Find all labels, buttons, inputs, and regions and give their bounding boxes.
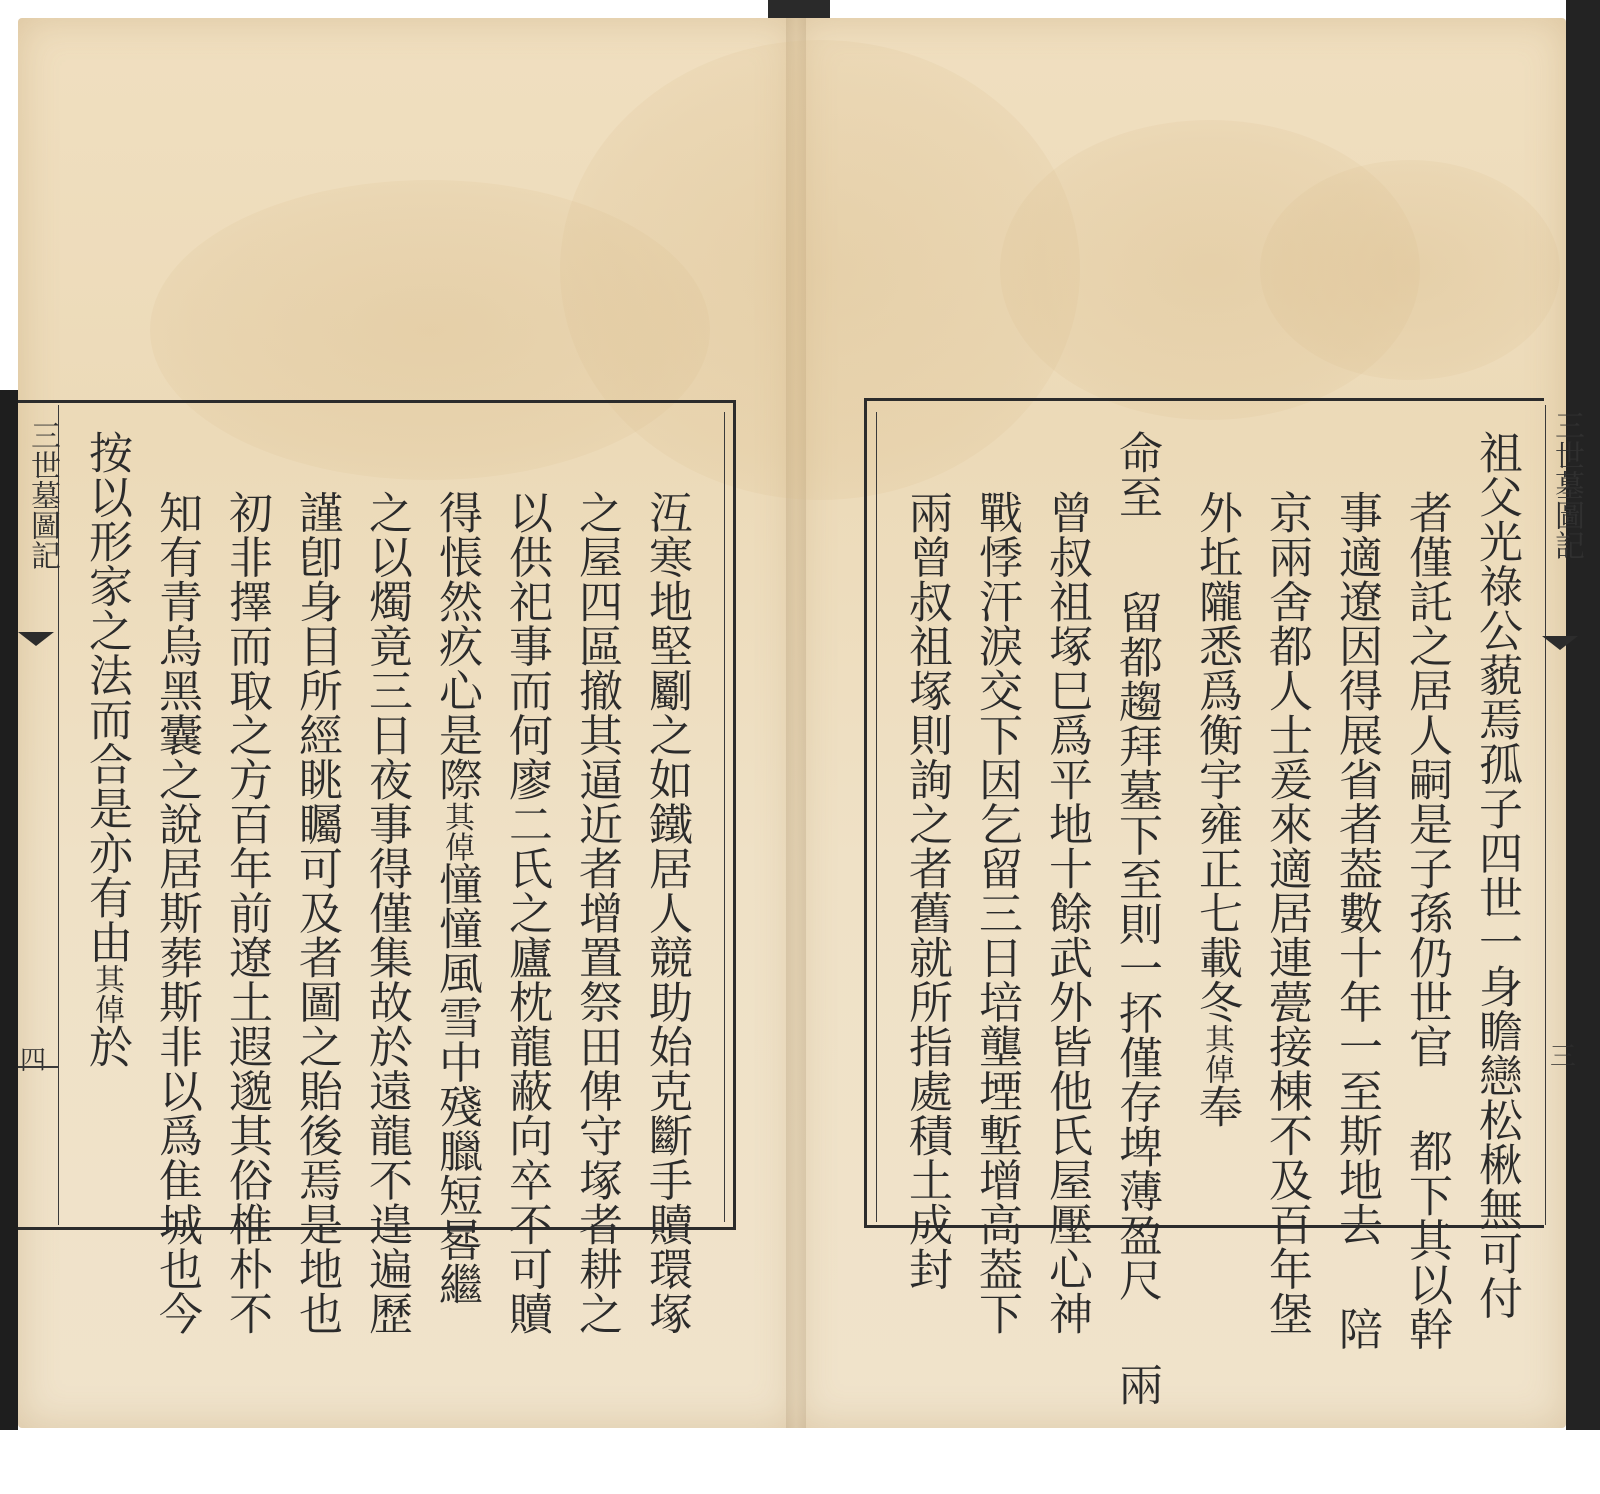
text-column: 事適遼因得展省者葢數十年一至斯地去陪 bbox=[1326, 490, 1386, 1351]
book-spread: 三世墓圖記 四 三世墓圖記 三 祖父光祿公藐焉孤子四世一身瞻戀松楸無可付 者僅託… bbox=[0, 0, 1600, 1460]
top-spine-shadow bbox=[768, 0, 830, 20]
text-column: 初非擇而取之方百年前遼土遐邈其俗椎朴不 bbox=[216, 490, 276, 1336]
text-column-raised: 命至 bbox=[1106, 430, 1166, 519]
right-title-heart: 三世墓圖記 bbox=[1544, 410, 1588, 560]
text-column: 祖父光祿公藐焉孤子四世一身瞻戀松楸無可付 bbox=[1466, 430, 1526, 1320]
column-text-tail: 奉 bbox=[1191, 1084, 1242, 1129]
left-title-heart: 三世墓圖記 bbox=[20, 420, 64, 570]
text-column: 之以燭竟三日夜事得僅集故於遠龍不遑遍歷 bbox=[356, 490, 416, 1336]
left-leaf-number: 四 bbox=[20, 1040, 46, 1077]
water-stain bbox=[1260, 160, 1560, 380]
text-column: 按以形家之法而合是亦有由其倬於 bbox=[76, 430, 136, 1069]
text-column: 兩曾叔祖塚則詢之者舊就所指處積土成封 bbox=[896, 490, 956, 1291]
column-text-tail: 憧憧風雪中殘臘短晷繼 bbox=[431, 862, 482, 1307]
text-column: 知有青烏黑囊之說居斯葬斯非以爲隹城也今 bbox=[146, 490, 206, 1336]
column-text: 謹卽身目所經眺矚可及者圖之貽後焉是地也 bbox=[291, 490, 342, 1336]
column-text: 之屋四區撤其逼近者增置祭田俾守塚者耕之 bbox=[571, 490, 622, 1336]
column-text: 之以燭竟三日夜事得僅集故於遠龍不遑遍歷 bbox=[361, 490, 412, 1336]
author-name-small: 其倬 bbox=[439, 802, 474, 862]
text-column: 留都趨拜墓下至則一抔僅存埤薄盈尺兩 bbox=[1106, 590, 1166, 1407]
right-frame-inner-rule bbox=[876, 412, 877, 1222]
text-column: 以供祀事而何廖二氏之廬枕龍蔽向卒不可贖 bbox=[496, 490, 556, 1336]
column-text: 者僅託之居人嗣是子孫仍世官 bbox=[1401, 490, 1452, 1069]
column-text: 沍寒地堅劚之如鐵居人競助始克斷手贖環塚 bbox=[641, 490, 692, 1336]
text-column: 謹卽身目所經眺矚可及者圖之貽後焉是地也 bbox=[286, 490, 346, 1336]
column-text: 曾叔祖塚巳爲平地十餘武外皆他氏屋壓心神 bbox=[1041, 490, 1092, 1336]
column-text: 戰悸汗淚交下因乞留三日培壟堙塹增高葢下 bbox=[971, 490, 1022, 1336]
column-text: 以供祀事而何廖二氏之廬枕龍蔽向卒不可贖 bbox=[501, 490, 552, 1336]
text-column: 戰悸汗淚交下因乞留三日培壟堙塹增高葢下 bbox=[966, 490, 1026, 1336]
column-text-continued: 都下其以幹 bbox=[1401, 1129, 1452, 1352]
right-fish-tail-ornament bbox=[1542, 636, 1578, 650]
text-column: 者僅託之居人嗣是子孫仍世官都下其以幹 bbox=[1396, 490, 1456, 1351]
left-bottom-rule bbox=[18, 1066, 58, 1068]
column-text-continued: 兩 bbox=[1111, 1362, 1162, 1407]
column-text-continued: 陪 bbox=[1331, 1307, 1382, 1352]
column-text: 知有青烏黑囊之說居斯葬斯非以爲隹城也今 bbox=[151, 490, 202, 1336]
column-text: 命至 bbox=[1111, 430, 1162, 519]
text-column: 京兩舍都人士爰來適居連甍接棟不及百年堡 bbox=[1256, 490, 1316, 1336]
left-frame-inner-rule bbox=[724, 412, 725, 1222]
left-fish-tail-ornament bbox=[18, 632, 54, 646]
column-text: 初非擇而取之方百年前遼土遐邈其俗椎朴不 bbox=[221, 490, 272, 1336]
left-binding-edge bbox=[0, 390, 18, 1430]
text-column: 得悵然疚心是際其倬憧憧風雪中殘臘短晷繼 bbox=[426, 490, 486, 1307]
text-column: 曾叔祖塚巳爲平地十餘武外皆他氏屋壓心神 bbox=[1036, 490, 1096, 1336]
column-text-tail: 於 bbox=[81, 1024, 132, 1069]
column-text: 兩曾叔祖塚則詢之者舊就所指處積土成封 bbox=[901, 490, 952, 1291]
right-binding-edge bbox=[1566, 0, 1600, 1430]
text-column: 之屋四區撤其逼近者增置祭田俾守塚者耕之 bbox=[566, 490, 626, 1336]
author-name-small: 其倬 bbox=[89, 964, 124, 1024]
column-text: 事適遼因得展省者葢數十年一至斯地去 bbox=[1331, 490, 1382, 1247]
right-leaf-number: 三 bbox=[1550, 1036, 1576, 1073]
text-column: 外坵隴悉爲衡宇雍正七載冬其倬奉 bbox=[1186, 490, 1246, 1129]
column-text: 外坵隴悉爲衡宇雍正七載冬 bbox=[1191, 490, 1242, 1024]
column-text: 京兩舍都人士爰來適居連甍接棟不及百年堡 bbox=[1261, 490, 1312, 1336]
text-column: 沍寒地堅劚之如鐵居人競助始克斷手贖環塚 bbox=[636, 490, 696, 1336]
column-text: 祖父光祿公藐焉孤子四世一身瞻戀松楸無可付 bbox=[1471, 430, 1522, 1320]
column-text: 得悵然疚心是際 bbox=[431, 490, 482, 802]
author-name-small: 其倬 bbox=[1199, 1024, 1234, 1084]
column-text: 留都趨拜墓下至則一抔僅存埤薄盈尺 bbox=[1111, 590, 1162, 1302]
column-text: 按以形家之法而合是亦有由 bbox=[81, 430, 132, 964]
